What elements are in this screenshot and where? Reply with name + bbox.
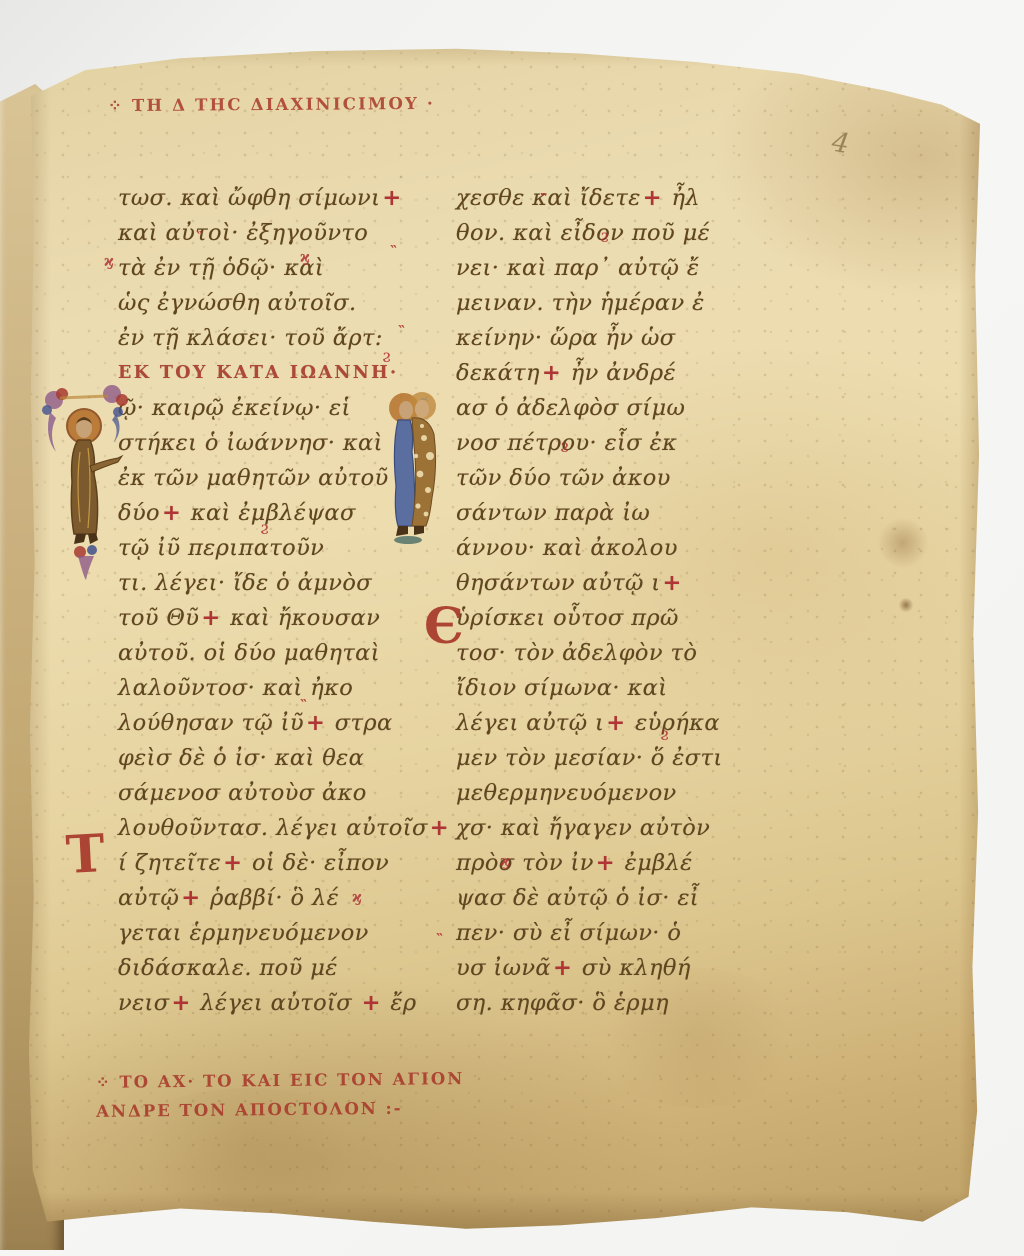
ink-text: ὑρίσκει οὗτοσ πρῶ bbox=[456, 605, 679, 631]
cloak bbox=[412, 418, 436, 526]
ink-text: θον. καὶ εἶδον ποῦ μέ bbox=[456, 220, 710, 246]
red-accent-mark: Ϩ bbox=[260, 520, 269, 539]
red-cross-mark: + bbox=[428, 815, 451, 841]
ink-text: μεν τὸν μεσίαν· ὅ ἐστι bbox=[456, 745, 723, 771]
ink-text: νει· καὶ παρ᾽ αὐτῷ ἔ bbox=[456, 255, 699, 281]
manuscript-line: λουθοῦντασ. λέγει αὐτοῖσ+ bbox=[118, 811, 448, 846]
manuscript-line: ἴδιον σίμωνα· καὶ bbox=[456, 671, 786, 706]
manuscript-line: αὐτοῦ. οἱ δύο μαθηταὶ bbox=[118, 636, 448, 671]
base-ornament bbox=[74, 545, 97, 580]
ink-text: ασ ὁ ἀδελφὸσ σίμω bbox=[456, 395, 685, 421]
robe bbox=[71, 440, 97, 534]
head bbox=[415, 400, 429, 418]
manuscript-line: ὑρίσκει οὗτοσ πρῶ bbox=[456, 601, 786, 636]
red-cross-mark: + bbox=[170, 990, 193, 1016]
manuscript-line: κείνην· ὥρα ἦν ὡσ bbox=[456, 321, 786, 356]
base-smudge bbox=[394, 536, 422, 544]
ink-text: ση. κηφᾶσ· ὃ ἑρμη bbox=[456, 990, 669, 1016]
ink-text: ί ζητεῖτε bbox=[118, 850, 221, 876]
red-accent-mark: ‶ bbox=[300, 696, 307, 714]
text-column-left: τωσ. καὶ ὤφθη σίμωνι+καὶ αὐτοὶ· ἐξηγοῦντ… bbox=[118, 181, 448, 1021]
ink-text: τωσ. καὶ ὤφθη σίμωνι bbox=[118, 185, 380, 211]
ink-text: ἐκ τῶν μαθητῶν αὐτοῦ bbox=[118, 465, 389, 491]
manuscript-line: σάμενοσ αὐτοὺσ ἀκο bbox=[118, 776, 448, 811]
manuscript-line: τοῦ Θῦ+ καὶ ἤκουσαν bbox=[118, 601, 448, 636]
manuscript-line: δεκάτη+ ἦν ἀνδρέ bbox=[456, 356, 786, 391]
ink-text: ἐμβλέ bbox=[617, 850, 693, 876]
manuscript-line: υσ ἰωνᾶ+ σὺ κληθή bbox=[456, 951, 786, 986]
manuscript-line: χσ· καὶ ἤγαγεν αὐτὸν bbox=[456, 811, 786, 846]
manuscript-line: αὐτῷ+ ῥαββί· ὃ λέ bbox=[118, 881, 448, 916]
manuscript-line: λέγει αὐτῷ ι+ εὑρήκα bbox=[456, 706, 786, 741]
manuscript-line: θησάντων αὐτῷ ι+ bbox=[456, 566, 786, 601]
ink-text: αὐτοῦ. οἱ δύο μαθηταὶ bbox=[118, 640, 380, 666]
manuscript-line: ασ ὁ ἀδελφὸσ σίμω bbox=[456, 391, 786, 426]
red-accent-mark: ϗ bbox=[300, 248, 310, 266]
ink-text: λουθοῦντασ. λέγει αὐτοῖσ bbox=[118, 815, 428, 841]
ink-text: λέγει αὐτοῖσ bbox=[193, 990, 360, 1016]
ink-text: τοσ· τὸν ἀδελφὸν τὸ bbox=[456, 640, 697, 666]
ink-text: πεν· σὺ εἶ σίμων· ὁ bbox=[456, 920, 681, 946]
red-accent-mark: ‶ bbox=[540, 190, 547, 208]
manuscript-line: μεν τὸν μεσίαν· ὅ ἐστι bbox=[456, 741, 786, 776]
manuscript-line: μειναν. τὴν ἡμέραν ἐ bbox=[456, 286, 786, 321]
red-accent-mark: ‶ bbox=[436, 930, 443, 948]
end-rubric-line-2: ΑΝΔΡΕ ΤΟΝ ΑΠΟCΤΟΛΟΝ :- bbox=[96, 1093, 465, 1126]
red-accent-mark: ‶ bbox=[196, 228, 203, 246]
ink-text: ῥαββί· ὃ λέ bbox=[203, 885, 340, 911]
red-accent-mark: ‶ bbox=[398, 322, 405, 340]
ink-text: σὺ κληθή bbox=[574, 955, 690, 981]
red-cross-mark: + bbox=[594, 850, 617, 876]
apostles-figure-miniature bbox=[380, 386, 446, 546]
manuscript-line: καὶ αὐτοὶ· ἐξηγοῦντο bbox=[118, 216, 448, 251]
ink-text: χεσθε καὶ ἴδετε bbox=[456, 185, 641, 211]
ink-text: μεθερμηνευόμενον bbox=[456, 780, 677, 806]
saint-figure-miniature bbox=[34, 382, 138, 582]
ink-text: τὰ ἐν τῇ ὁδῷ· καὶ bbox=[118, 255, 324, 281]
manuscript-line: φεὶσ δὲ ὁ ἰσ· καὶ θεα bbox=[118, 741, 448, 776]
ink-text: σάμενοσ αὐτοὺσ ἀκο bbox=[118, 780, 367, 806]
ink-text: τῷ ἰῦ περιπατοῦν bbox=[118, 535, 324, 561]
ink-text: πρὸσ τὸν ἰν bbox=[456, 850, 594, 876]
ink-text: στήκει ὁ ἰωάννησ· καὶ bbox=[118, 430, 383, 456]
red-accent-mark: Ϩ bbox=[600, 228, 609, 247]
manuscript-line: χεσθε καὶ ἴδετε+ ἦλ bbox=[456, 181, 786, 216]
end-of-lection-rubric: ⁘ ΤΟ ΑΧ· ΤΟ ΚΑΙ ΕΙC ΤΟΝ ΑΓΙΟΝ ΑΝΔΡΕ ΤΟΝ … bbox=[96, 1064, 465, 1126]
red-accent-mark: Ϩ bbox=[660, 726, 669, 745]
red-cross-mark: + bbox=[604, 710, 627, 736]
ink-text: τοῦ Θῦ bbox=[118, 605, 199, 631]
parchment-stain bbox=[898, 598, 914, 612]
ink-text: κείνην· ὥρα ἦν ὡσ bbox=[456, 325, 676, 351]
ink-text: μειναν. τὴν ἡμέραν ἐ bbox=[456, 290, 705, 316]
red-accent-mark: ϗ bbox=[104, 252, 114, 270]
ink-text: οἱ δὲ· εἶπον bbox=[244, 850, 389, 876]
manuscript-line: άννου· καὶ ἀκολου bbox=[456, 531, 786, 566]
red-accent-mark: ‶ bbox=[390, 242, 397, 260]
red-initial-epsilon: Є bbox=[424, 596, 464, 655]
ink-text: ἦλ bbox=[664, 185, 700, 211]
red-cross-mark: + bbox=[360, 990, 383, 1016]
manuscript-line: μεθερμηνευόμενον bbox=[456, 776, 786, 811]
red-accent-mark: ϗ bbox=[352, 888, 362, 906]
ink-text: γεται ἑρμηνευόμενον bbox=[118, 920, 369, 946]
manuscript-line: τοσ· τὸν ἀδελφὸν τὸ bbox=[456, 636, 786, 671]
manuscript-line: νεισ+ λέγει αὐτοῖσ + ἔρ bbox=[118, 986, 448, 1021]
ink-text: υσ ἰωνᾶ bbox=[456, 955, 551, 981]
red-accent-mark: Ϩ bbox=[560, 438, 569, 457]
red-cross-mark: + bbox=[221, 850, 244, 876]
red-cross-mark: + bbox=[551, 955, 574, 981]
ink-text: καὶ ἐμβλέψασ bbox=[183, 500, 356, 526]
ink-text: ἐν τῇ κλάσει· τοῦ ἄρτ: bbox=[118, 325, 383, 351]
manuscript-line: τὰ ἐν τῇ ὁδῷ· καὶ bbox=[118, 251, 448, 286]
ink-text: καὶ ἤκουσαν bbox=[223, 605, 381, 631]
manuscript-line: ση. κηφᾶσ· ὃ ἑρμη bbox=[456, 986, 786, 1021]
ink-text: ἦν ἀνδρέ bbox=[563, 360, 676, 386]
head bbox=[399, 401, 413, 419]
headpiece-bar bbox=[60, 396, 108, 398]
lection-day-rubric: ⁘ ΤΗ Δ ΤΗC ΔΙΑΧΙΝΙCΙΜΟΥ · bbox=[108, 94, 435, 115]
manuscript-line: νοσ πέτρου· εἷσ ἐκ bbox=[456, 426, 786, 461]
ink-text: στρα bbox=[327, 710, 392, 736]
end-rubric-line-1: ⁘ ΤΟ ΑΧ· ΤΟ ΚΑΙ ΕΙC ΤΟΝ ΑΓΙΟΝ bbox=[96, 1064, 465, 1097]
red-cross-mark: + bbox=[380, 185, 403, 211]
ink-text: λαλοῦντοσ· καὶ ἠκο bbox=[118, 675, 353, 701]
red-cross-mark: + bbox=[304, 710, 327, 736]
manuscript-line: τῶν δύο τῶν ἀκου bbox=[456, 461, 786, 496]
ink-text: δεκάτη bbox=[456, 360, 540, 386]
ink-text: αὐτῷ bbox=[118, 885, 179, 911]
manuscript-line: ψασ δὲ αὐτῷ ὁ ἰσ· εἶ bbox=[456, 881, 786, 916]
text-column-right: χεσθε καὶ ἴδετε+ ἦλθον. καὶ εἶδον ποῦ μέ… bbox=[456, 181, 786, 1021]
ink-text: θησάντων αὐτῷ ι bbox=[456, 570, 661, 596]
parchment-stain bbox=[873, 518, 933, 568]
red-initial-tau: Τ bbox=[64, 823, 106, 886]
ink-text: ἔρ bbox=[383, 990, 417, 1016]
ink-text: φεὶσ δὲ ὁ ἰσ· καὶ θεα bbox=[118, 745, 364, 771]
ink-text: τι. λέγει· ἴδε ὁ ἀμνὸσ bbox=[118, 570, 372, 596]
ink-text: τῶν δύο τῶν ἀκου bbox=[456, 465, 671, 491]
manuscript-photo: { "page_header": { "rubric": "⁘ ΤΗ Δ ΤΗC… bbox=[0, 0, 1024, 1256]
ink-text: διδάσκαλε. ποῦ μέ bbox=[118, 955, 338, 981]
ink-text: ὡς ἐγνώσθη αὐτοῖσ. bbox=[118, 290, 357, 316]
manuscript-line: διδάσκαλε. ποῦ μέ bbox=[118, 951, 448, 986]
red-cross-mark: + bbox=[661, 570, 684, 596]
ink-text: άννου· καὶ ἀκολου bbox=[456, 535, 678, 561]
red-accent-mark: Ϩ bbox=[382, 348, 391, 367]
manuscript-line: λούθησαν τῷ ἰῦ+ στρα bbox=[118, 706, 448, 741]
manuscript-line: γεται ἑρμηνευόμενον bbox=[118, 916, 448, 951]
headpiece-ornament-right bbox=[103, 385, 128, 442]
manuscript-line: τι. λέγει· ἴδε ὁ ἀμνὸσ bbox=[118, 566, 448, 601]
manuscript-line: ί ζητεῖτε+ οἱ δὲ· εἶπον bbox=[118, 846, 448, 881]
manuscript-line: τωσ. καὶ ὤφθη σίμωνι+ bbox=[118, 181, 448, 216]
manuscript-line: θον. καὶ εἶδον ποῦ μέ bbox=[456, 216, 786, 251]
ink-text: σάντων παρὰ ἰω bbox=[456, 500, 650, 526]
manuscript-line: σάντων παρὰ ἰω bbox=[456, 496, 786, 531]
tunic bbox=[394, 420, 414, 526]
manuscript-line: ὡς ἐγνώσθη αὐτοῖσ. bbox=[118, 286, 448, 321]
ink-text: εὑρήκα bbox=[628, 710, 720, 736]
manuscript-line: νει· καὶ παρ᾽ αὐτῷ ἔ bbox=[456, 251, 786, 286]
red-cross-mark: + bbox=[160, 500, 183, 526]
ink-text: λέγει αὐτῷ ι bbox=[456, 710, 604, 736]
ink-text: νεισ bbox=[118, 990, 170, 1016]
ink-text: ῷ· καιρῷ ἐκείνῳ· εἱ bbox=[118, 395, 351, 421]
red-cross-mark: + bbox=[199, 605, 222, 631]
ink-text: χσ· καὶ ἤγαγεν αὐτὸν bbox=[456, 815, 710, 841]
ink-text: λούθησαν τῷ ἰῦ bbox=[118, 710, 304, 736]
ink-text: ἴδιον σίμωνα· καὶ bbox=[456, 675, 667, 701]
red-cross-mark: + bbox=[641, 185, 664, 211]
ink-text: καὶ αὐτοὶ· ἐξηγοῦντο bbox=[118, 220, 368, 246]
red-cross-mark: + bbox=[540, 360, 563, 386]
feet bbox=[396, 526, 424, 536]
ink-text: ψασ δὲ αὐτῷ ὁ ἰσ· εἶ bbox=[456, 885, 699, 911]
manuscript-line: πεν· σὺ εἶ σίμων· ὁ bbox=[456, 916, 786, 951]
red-accent-mark: ϗ bbox=[500, 852, 510, 870]
manuscript-line: λαλοῦντοσ· καὶ ἠκο bbox=[118, 671, 448, 706]
red-cross-mark: + bbox=[179, 885, 202, 911]
